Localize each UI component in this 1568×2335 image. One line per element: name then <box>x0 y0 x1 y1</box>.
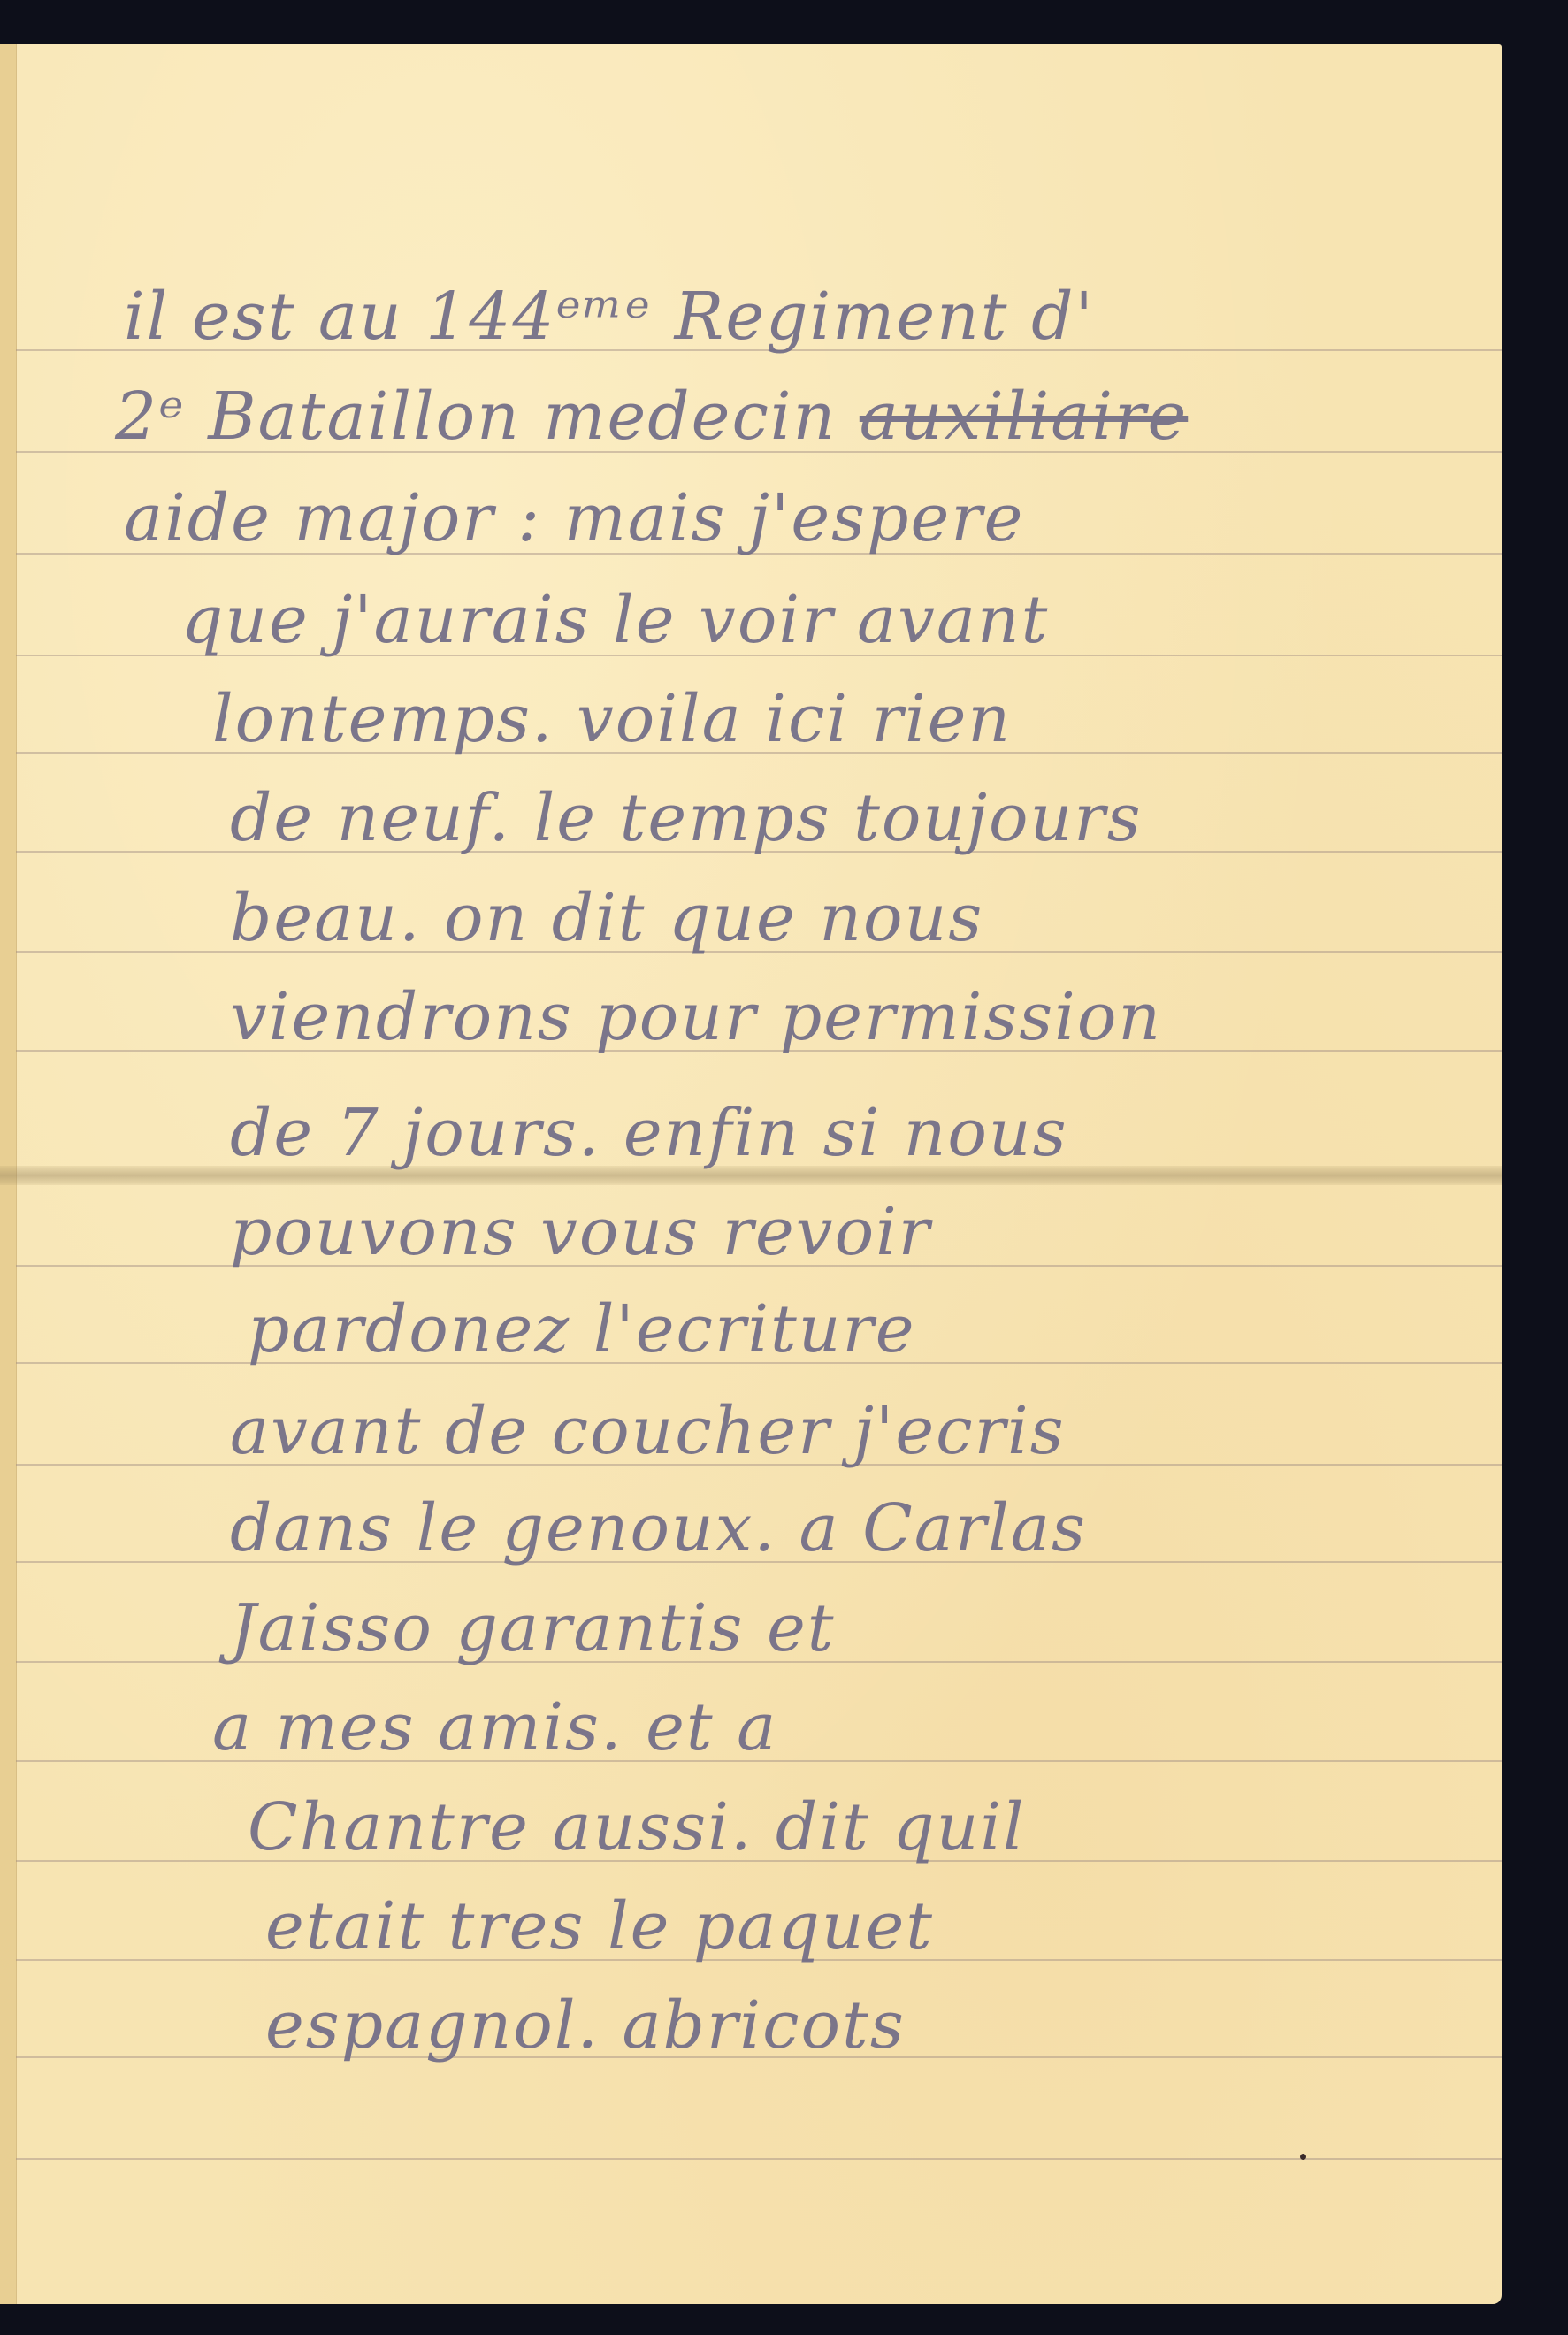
handwritten-line: de 7 jours. enfin si nous <box>230 1095 1068 1171</box>
handwritten-line: que j'aurais le voir avant <box>181 582 1049 658</box>
handwritten-line: a mes amis. et a <box>212 1689 777 1765</box>
handwritten-line: il est au 144ᵉᵐᵉ Regiment d' <box>124 279 1095 355</box>
handwritten-line: beau. on dit que nous <box>230 880 983 956</box>
ink-speck <box>1300 2154 1306 2160</box>
handwritten-line: dans le genoux. a Carlas <box>230 1490 1087 1566</box>
struck-word: auxiliaire <box>860 379 1188 455</box>
ruled-line <box>16 2158 1502 2160</box>
letter-page: il est au 144ᵉᵐᵉ Regiment d' 2ᵉ Bataillo… <box>0 44 1502 2304</box>
handwritten-line: pouvons vous revoir <box>230 1194 931 1270</box>
handwritten-line: 2ᵉ Bataillon medecin auxiliaire <box>115 379 1188 455</box>
handwritten-line: avant de coucher j'ecris <box>230 1393 1066 1469</box>
handwritten-line: etait tres le paquet <box>265 1888 934 1964</box>
handwritten-text: 2ᵉ Bataillon medecin <box>115 379 837 455</box>
handwritten-line: pardonez l'ecriture <box>248 1291 916 1367</box>
handwritten-line: Jaisso garantis et <box>230 1590 836 1666</box>
handwritten-line: lontemps. voila ici rien <box>212 681 1012 757</box>
handwritten-line: Chantre aussi. dit quil <box>248 1789 1026 1865</box>
handwritten-line: de neuf. le temps toujours <box>230 780 1143 856</box>
handwritten-line: viendrons pour permission <box>230 979 1162 1055</box>
handwritten-line: aide major : mais j'espere <box>124 480 1024 556</box>
handwritten-line: espagnol. abricots <box>265 1987 906 2063</box>
